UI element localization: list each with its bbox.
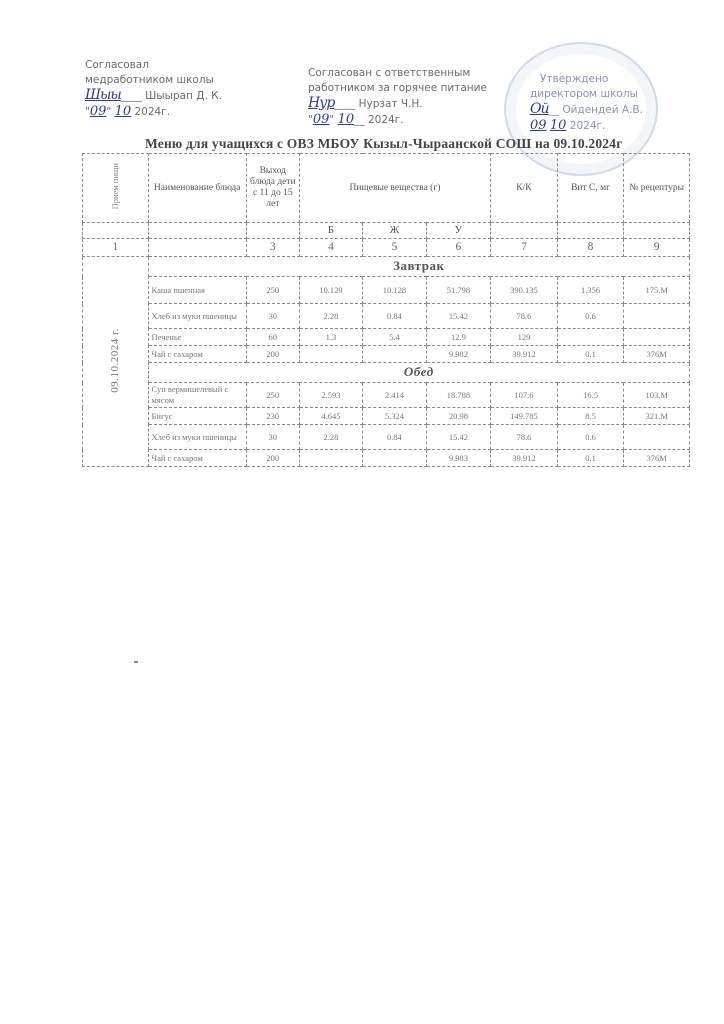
fat-cell: 5.324 bbox=[363, 408, 426, 425]
carbs-cell: 15.42 bbox=[426, 425, 491, 450]
vitamin-c-cell: 0.1 bbox=[557, 346, 624, 363]
vitamin-c-cell: 1.356 bbox=[557, 277, 624, 304]
approval-food-service: Согласован с ответственным работником за… bbox=[308, 66, 487, 128]
approver-name: Нурзат Ч.Н. bbox=[359, 98, 423, 110]
fat-cell bbox=[363, 346, 426, 363]
dish-row: Чай с сахаром2009.98339.9120.1376М bbox=[83, 450, 690, 467]
protein-cell: 2.28 bbox=[299, 425, 362, 450]
protein-cell: 1.3 bbox=[299, 329, 362, 346]
header-vitamin-c: Вит С, мг bbox=[557, 154, 624, 223]
kcal-cell: 149.785 bbox=[491, 408, 558, 425]
kcal-cell: 390.135 bbox=[491, 277, 558, 304]
column-number: 9 bbox=[624, 239, 690, 257]
recipe-number-cell: 103.М bbox=[624, 383, 690, 408]
approver-name: Шыырап Д. К. bbox=[145, 90, 222, 102]
dish-name-cell: Каша пшенная bbox=[148, 277, 246, 304]
date-day: 09 bbox=[90, 104, 107, 119]
approval-director: Утверждено директором школы Ой__ Ойденде… bbox=[530, 72, 643, 134]
kcal-cell: 78.6 bbox=[491, 304, 558, 329]
dish-name-cell: Хлеб из муки пшеницы bbox=[148, 425, 246, 450]
dish-row: Чай с сахаром2009.98239.9120.1376М bbox=[83, 346, 690, 363]
portion-cell: 200 bbox=[246, 450, 299, 467]
fat-cell: 0.84 bbox=[363, 425, 426, 450]
kcal-cell: 107.6 bbox=[491, 383, 558, 408]
fat-cell: 10.128 bbox=[363, 277, 426, 304]
header-nutrients: Пищевые вещества (г) bbox=[299, 154, 490, 223]
document-title: Меню для учащихся с ОВЗ МБОУ Кызыл-Чыраа… bbox=[145, 136, 623, 152]
protein-cell: 4.645 bbox=[299, 408, 362, 425]
dish-name-cell: Бигус bbox=[148, 408, 246, 425]
dish-name-cell: Чай с сахаром bbox=[148, 346, 246, 363]
portion-cell: 30 bbox=[246, 304, 299, 329]
dish-row: Печенье601.35.412.9129 bbox=[83, 329, 690, 346]
portion-cell: 60 bbox=[246, 329, 299, 346]
fat-cell: 0.84 bbox=[363, 304, 426, 329]
recipe-number-cell: 376М bbox=[624, 450, 690, 467]
approval-line2: директором школы bbox=[530, 87, 643, 102]
vitamin-c-cell: 16.5 bbox=[557, 383, 624, 408]
header-dish-name: Наименование блюда bbox=[148, 154, 246, 223]
carbs-cell: 51.798 bbox=[426, 277, 491, 304]
kcal-cell: 39.912 bbox=[491, 450, 558, 467]
carbs-cell: 9.983 bbox=[426, 450, 491, 467]
date-month: 10 bbox=[338, 112, 355, 127]
column-number: 8 bbox=[557, 239, 624, 257]
dish-row: Суп вермишелевый с мясом2502.5932.41418.… bbox=[83, 383, 690, 408]
meal-label: Завтрак bbox=[148, 257, 689, 277]
date-month: 10 bbox=[115, 104, 132, 119]
fat-cell bbox=[363, 450, 426, 467]
header-recipe-no: № рецептуры bbox=[624, 154, 690, 223]
kcal-cell: 39.912 bbox=[491, 346, 558, 363]
vitamin-c-cell: 0.1 bbox=[557, 450, 624, 467]
vitamin-c-cell: 0.6 bbox=[557, 425, 624, 450]
column-number: 4 bbox=[299, 239, 362, 257]
scan-speck bbox=[134, 661, 138, 663]
fat-cell: 5.4 bbox=[363, 329, 426, 346]
dish-name-cell: Печенье bbox=[148, 329, 246, 346]
approver-name: Ойдендей А.В. bbox=[562, 104, 643, 116]
nutrient-subheader-row: Б Ж У bbox=[83, 223, 690, 239]
carbs-cell: 20.98 bbox=[426, 408, 491, 425]
recipe-number-cell bbox=[624, 304, 690, 329]
recipe-number-cell bbox=[624, 329, 690, 346]
approval-line1: Согласовал bbox=[85, 58, 222, 73]
header-meal-time: Прием пищи bbox=[83, 154, 149, 223]
carbs-cell: 9.982 bbox=[426, 346, 491, 363]
portion-cell: 250 bbox=[246, 277, 299, 304]
recipe-number-cell bbox=[624, 425, 690, 450]
approval-line2: работником за горячее питание bbox=[308, 81, 487, 96]
protein-cell: 10.129 bbox=[299, 277, 362, 304]
approval-line2: медработником школы bbox=[85, 73, 222, 88]
carbs-cell: 12.9 bbox=[426, 329, 491, 346]
protein-cell: 2.593 bbox=[299, 383, 362, 408]
column-number: 7 bbox=[491, 239, 558, 257]
portion-cell: 250 bbox=[246, 383, 299, 408]
portion-cell: 200 bbox=[246, 346, 299, 363]
protein-cell: 2.28 bbox=[299, 304, 362, 329]
date-year: 2024г. bbox=[134, 106, 170, 118]
column-number: 3 bbox=[246, 239, 299, 257]
carbs-cell: 15.42 bbox=[426, 304, 491, 329]
recipe-number-cell: 175.М bbox=[624, 277, 690, 304]
kcal-cell: 78.6 bbox=[491, 425, 558, 450]
approval-line1: Утверждено bbox=[530, 72, 643, 87]
column-number: 1 bbox=[83, 239, 149, 257]
carbs-cell: 18.788 bbox=[426, 383, 491, 408]
signature: Нур bbox=[308, 95, 334, 111]
signature: Ой bbox=[530, 101, 549, 117]
menu-table: Прием пищи Наименование блюда Выход блюд… bbox=[82, 153, 690, 467]
vitamin-c-cell: 0.6 bbox=[557, 304, 624, 329]
column-number: 6 bbox=[426, 239, 491, 257]
signature: Шыы bbox=[85, 87, 121, 103]
date-year: 2024г. bbox=[570, 120, 606, 132]
date-year: 2024г. bbox=[368, 114, 404, 126]
vitamin-c-cell: 8.5 bbox=[557, 408, 624, 425]
kcal-cell: 129 bbox=[491, 329, 558, 346]
dish-row: Каша пшенная25010.12910.12851.798390.135… bbox=[83, 277, 690, 304]
protein-cell bbox=[299, 450, 362, 467]
column-number: 5 bbox=[363, 239, 426, 257]
header-portion: Выход блюда дети с 11 до 15 лет bbox=[246, 154, 299, 223]
header-kcal: К/К bbox=[491, 154, 558, 223]
meal-label: Обед bbox=[148, 363, 689, 383]
date-day: 09 bbox=[530, 118, 547, 133]
approval-line1: Согласован с ответственным bbox=[308, 66, 487, 81]
vitamin-c-cell bbox=[557, 329, 624, 346]
date-cell: 09.10.2024 г. bbox=[83, 257, 149, 467]
dish-row: Хлеб из муки пшеницы302.280.8415.4278.60… bbox=[83, 425, 690, 450]
dish-name-cell: Суп вермишелевый с мясом bbox=[148, 383, 246, 408]
meal-section-row: 09.10.2024 г.Завтрак bbox=[83, 257, 690, 277]
column-number bbox=[148, 239, 246, 257]
subheader-protein: Б bbox=[299, 223, 362, 239]
recipe-number-cell: 321.М bbox=[624, 408, 690, 425]
dish-row: Хлеб из муки пшеницы302.280.8415.4278.60… bbox=[83, 304, 690, 329]
portion-cell: 30 bbox=[246, 425, 299, 450]
dish-row: Бигус2304.6455.32420.98149.7858.5321.М bbox=[83, 408, 690, 425]
protein-cell bbox=[299, 346, 362, 363]
dish-name-cell: Хлеб из муки пшеницы bbox=[148, 304, 246, 329]
approval-medical: Согласовал медработником школы Шыы____ Ш… bbox=[85, 58, 222, 120]
fat-cell: 2.414 bbox=[363, 383, 426, 408]
subheader-fat: Ж bbox=[363, 223, 426, 239]
date-month: 10 bbox=[550, 118, 567, 133]
portion-cell: 230 bbox=[246, 408, 299, 425]
dish-name-cell: Чай с сахаром bbox=[148, 450, 246, 467]
date-day: 09 bbox=[313, 112, 330, 127]
menu-body: 09.10.2024 г.ЗавтракКаша пшенная25010.12… bbox=[83, 257, 690, 467]
header-row: Прием пищи Наименование блюда Выход блюд… bbox=[83, 154, 690, 223]
meal-section-row: Обед bbox=[83, 363, 690, 383]
recipe-number-cell: 376М bbox=[624, 346, 690, 363]
column-number-row: 1 3 4 5 6 7 8 9 bbox=[83, 239, 690, 257]
subheader-carbs: У bbox=[426, 223, 491, 239]
